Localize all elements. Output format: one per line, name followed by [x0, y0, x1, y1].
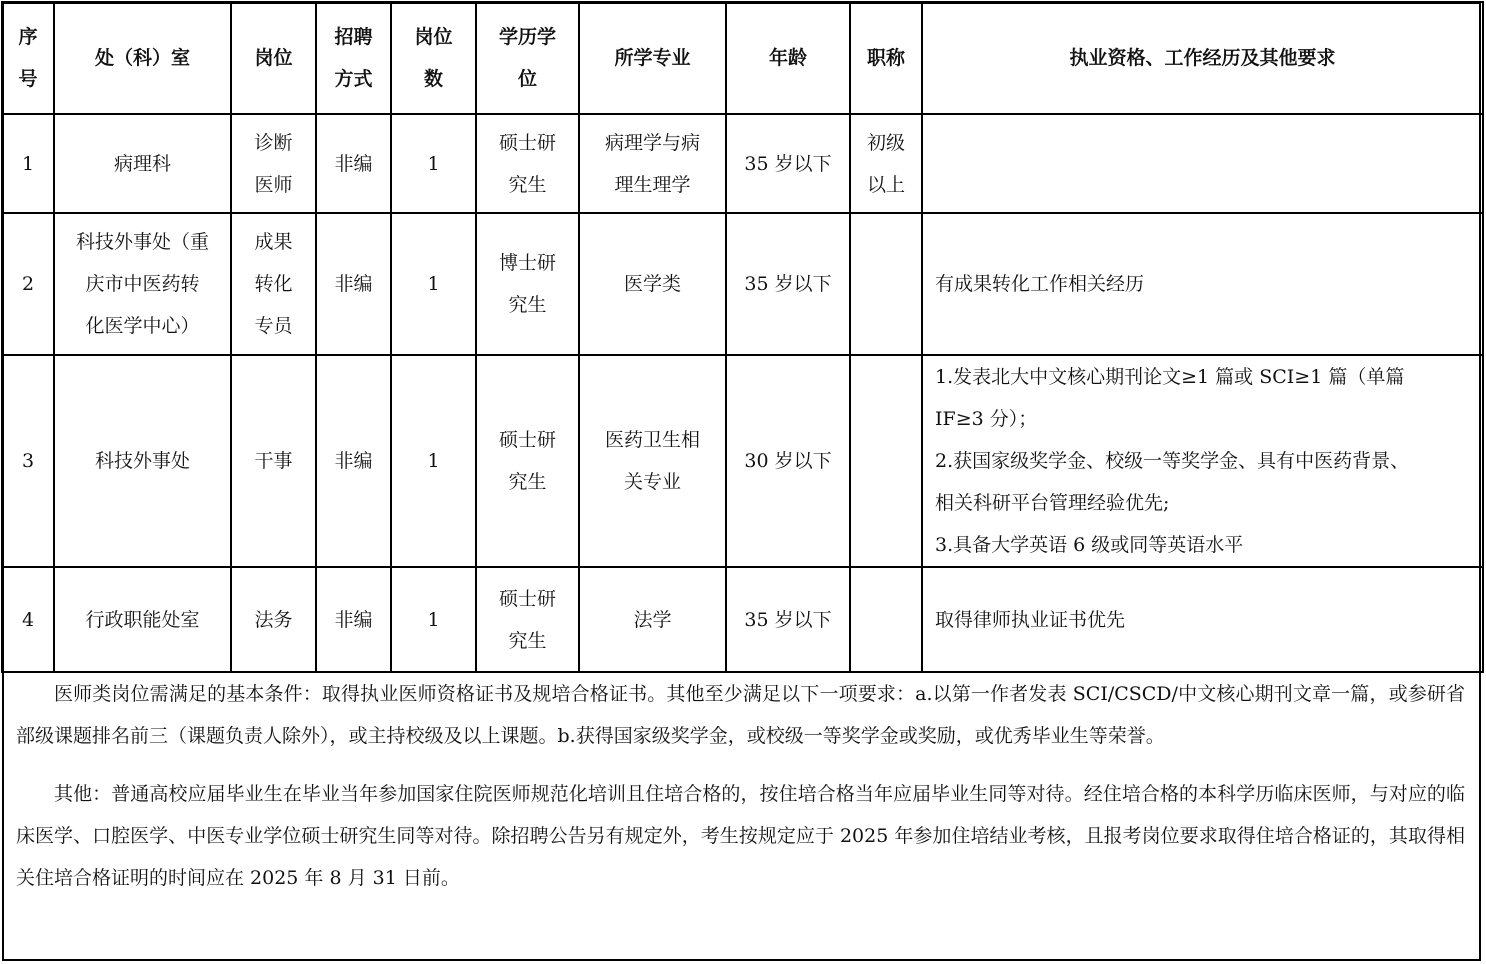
cell-dept: 科技外事处	[54, 355, 231, 567]
cell-title: 初级以上	[850, 114, 922, 213]
cell-age: 35 岁以下	[726, 567, 850, 672]
header-age: 年龄	[726, 2, 850, 114]
header-title: 职称	[850, 2, 922, 114]
cell-degree: 硕士研究生	[476, 355, 579, 567]
cell-requirements: 取得律师执业证书优先	[922, 567, 1483, 672]
note-physician-requirements: 医师类岗位需满足的基本条件：取得执业医师资格证书及规培合格证书。其他至少满足以下…	[16, 673, 1465, 757]
cell-age: 35 岁以下	[726, 114, 850, 213]
cell-seq: 3	[2, 355, 54, 567]
cell-position: 诊断医师	[231, 114, 316, 213]
cell-position: 法务	[231, 567, 316, 672]
header-seq: 序号	[2, 2, 54, 114]
header-major: 所学专业	[579, 2, 726, 114]
cell-major: 病理学与病理生理学	[579, 114, 726, 213]
cell-dept: 科技外事处（重庆市中医药转化医学中心）	[54, 213, 231, 355]
cell-major: 医学类	[579, 213, 726, 355]
cell-count: 1	[391, 567, 476, 672]
cell-requirements	[922, 114, 1483, 213]
cell-age: 35 岁以下	[726, 213, 850, 355]
table-row: 2 科技外事处（重庆市中医药转化医学中心） 成果转化专员 非编 1 博士研究生 …	[2, 213, 1483, 355]
cell-count: 1	[391, 114, 476, 213]
cell-degree: 博士研究生	[476, 213, 579, 355]
cell-method: 非编	[316, 355, 391, 567]
header-method: 招聘方式	[316, 2, 391, 114]
recruitment-table: 序号 处（科）室 岗位 招聘方式 岗位数 学历学位 所学专业 年龄 职称 执业资…	[1, 1, 1484, 673]
cell-seq: 4	[2, 567, 54, 672]
table-row: 4 行政职能处室 法务 非编 1 硕士研究生 法学 35 岁以下 取得律师执业证…	[2, 567, 1483, 672]
cell-major: 医药卫生相关专业	[579, 355, 726, 567]
cell-requirements: 1.发表北大中文核心期刊论文≥1 篇或 SCI≥1 篇（单篇 IF≥3 分）； …	[922, 355, 1483, 567]
cell-count: 1	[391, 355, 476, 567]
table-row: 3 科技外事处 干事 非编 1 硕士研究生 医药卫生相关专业 30 岁以下 1.…	[2, 355, 1483, 567]
cell-dept: 病理科	[54, 114, 231, 213]
cell-method: 非编	[316, 114, 391, 213]
cell-title	[850, 567, 922, 672]
header-row: 序号 处（科）室 岗位 招聘方式 岗位数 学历学位 所学专业 年龄 职称 执业资…	[2, 2, 1483, 114]
cell-degree: 硕士研究生	[476, 567, 579, 672]
cell-seq: 1	[2, 114, 54, 213]
cell-position: 成果转化专员	[231, 213, 316, 355]
note-other: 其他：普通高校应届毕业生在毕业当年参加国家住院医师规范化培训且住培合格的，按住培…	[16, 773, 1465, 899]
cell-title	[850, 213, 922, 355]
cell-degree: 硕士研究生	[476, 114, 579, 213]
cell-position: 干事	[231, 355, 316, 567]
header-position: 岗位	[231, 2, 316, 114]
cell-major: 法学	[579, 567, 726, 672]
header-dept: 处（科）室	[54, 2, 231, 114]
cell-method: 非编	[316, 567, 391, 672]
cell-dept: 行政职能处室	[54, 567, 231, 672]
notes-section: 医师类岗位需满足的基本条件：取得执业医师资格证书及规培合格证书。其他至少满足以下…	[4, 673, 1477, 915]
cell-title	[850, 355, 922, 567]
header-requirements: 执业资格、工作经历及其他要求	[922, 2, 1483, 114]
cell-seq: 2	[2, 213, 54, 355]
header-degree: 学历学位	[476, 2, 579, 114]
cell-requirements: 有成果转化工作相关经历	[922, 213, 1483, 355]
cell-method: 非编	[316, 213, 391, 355]
cell-count: 1	[391, 213, 476, 355]
table-row: 1 病理科 诊断医师 非编 1 硕士研究生 病理学与病理生理学 35 岁以下 初…	[2, 114, 1483, 213]
cell-age: 30 岁以下	[726, 355, 850, 567]
header-count: 岗位数	[391, 2, 476, 114]
